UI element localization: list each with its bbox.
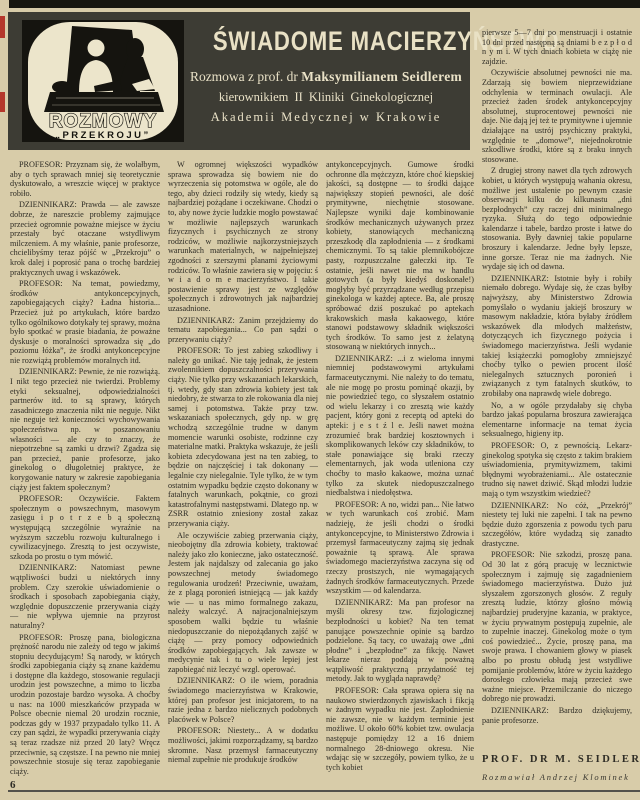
article-paragraph: DZIENNIKARZ: Zanim przejdziemy do tematu…	[168, 314, 318, 345]
interview-logo-illustration: ROZMOWY „PRZEKROJU”	[22, 20, 184, 142]
article-paragraph: PROFESOR: Oczywiście. Faktem społecznym …	[10, 492, 160, 561]
article-paragraph: PROFESOR: Przyznam się, że wolałbym, aby…	[10, 158, 160, 198]
article-paragraph: DZIENNIKARZ: ...i z wieloma innymi niemn…	[326, 352, 474, 498]
article-paragraph: PROFESOR: To jest zabieg szkodliwy i nal…	[168, 344, 318, 528]
professor-silhouette-icon	[88, 40, 105, 57]
desk-shape	[44, 92, 164, 112]
article-header: ŚWIADOME MACIERZYŃSTWO Rozmowa z prof. d…	[188, 16, 464, 125]
article-paragraph: DZIENNIKARZ: O ile wiem, poradnia świado…	[168, 674, 318, 724]
interviewer-byline: Rozmawiał Andrzej Klominek	[482, 772, 634, 782]
article-paragraph: DZIENNIKARZ: Natomiast pewne wątpliwości…	[10, 561, 160, 630]
article-paragraph: PROFESOR: Proszę pana, biologiczna prężn…	[10, 631, 160, 777]
article-paragraph: PROFESOR: A no, widzi pan... Nie łatwo w…	[326, 498, 474, 596]
rozmowy-przekroju-logo: ROZMOWY „PRZEKROJU”	[22, 20, 184, 142]
magazine-page: { "page": { "number": "6", "background_c…	[0, 0, 640, 800]
logo-word-rozmowy: ROZMOWY	[49, 111, 157, 132]
scan-mark	[0, 16, 5, 38]
article-paragraph: DZIENNIKARZ: Istotnie były i robiły niem…	[482, 272, 632, 399]
page-number: 6	[10, 779, 16, 791]
logo-word-przekroju: „PRZEKROJU”	[55, 130, 151, 141]
article-paragraph: DZIENNIKARZ: Prawda — ale zawsze dobrze,…	[10, 198, 160, 277]
article-paragraph: PROFESOR: Nie szkodzi, proszę pana. Od 3…	[482, 548, 632, 704]
article-subtitle-line3: Akademii Medycznej w Krakowie	[188, 110, 464, 125]
interviewee-name: Maksymilianem Seidlerem	[301, 69, 462, 84]
text-column-2: W ogromnej większości wypadków sprawa sp…	[168, 158, 318, 784]
text-column-3: antykoncepcyjnych. Gumowe środki ochronn…	[326, 158, 474, 784]
article-paragraph: PROFESOR: O, z pewnością. Lekarz-ginekol…	[482, 439, 632, 499]
article-subtitle-line2: kierownikiem II Kliniki Ginekologicznej	[188, 90, 464, 105]
article-paragraph: antykoncepcyjnych. Gumowe środki ochronn…	[326, 158, 474, 352]
article-paragraph: PROFESOR: Niestety... A w dodatku możliw…	[168, 724, 318, 764]
article-paragraph: PROFESOR: Cała sprawa opiera się na nauk…	[326, 684, 474, 772]
subtitle-prefix: Rozmowa z prof. dr	[190, 69, 301, 84]
article-paragraph: No, a w ogóle przydałaby się chyba bardz…	[482, 399, 632, 439]
article-title: ŚWIADOME MACIERZYŃSTWO	[213, 26, 439, 56]
article-paragraph: W ogromnej większości wypadków sprawa sp…	[168, 158, 318, 314]
bottom-rule	[8, 790, 640, 792]
article-paragraph: DZIENNIKARZ: Bardzo dziękujemy, panie pr…	[482, 704, 632, 725]
article-paragraph: DZIENNIKARZ: Ma pan profesor na myśli ok…	[326, 596, 474, 684]
article-paragraph: DZIENNIKARZ: Pewnie, że nie rozwiążą. I …	[10, 365, 160, 492]
article-paragraph: PROFESOR: Na temat, powiedzmy, środków a…	[10, 277, 160, 365]
top-rule-bar	[9, 0, 640, 8]
telephone-icon	[52, 81, 72, 93]
article-paragraph: DZIENNIKARZ: No cóż, „Przekrój” niestety…	[482, 499, 632, 549]
journalist-silhouette-icon	[126, 38, 144, 60]
interviewee-signature: PROF. DR M. SEIDLER	[482, 754, 634, 765]
scan-mark	[0, 92, 5, 112]
article-paragraph: Oczywiście absolutnej pewności nie ma. Z…	[482, 66, 632, 164]
text-column-4: pierwsze 5—7 dni po menstruacji i ostatn…	[482, 26, 632, 748]
article-paragraph: Ale oczywiście zabieg przerwania ciąży, …	[168, 529, 318, 675]
text-column-1: PROFESOR: Przyznam się, że wolałbym, aby…	[10, 158, 160, 784]
article-subtitle-line1: Rozmowa z prof. dr Maksymilianem Seidler…	[188, 69, 464, 85]
article-paragraph: Z drugiej strony nawet dla tych zdrowych…	[482, 164, 632, 272]
article-paragraph: pierwsze 5—7 dni po menstruacji i ostatn…	[482, 26, 632, 66]
masthead-block: ROZMOWY „PRZEKROJU” ŚWIADOME MACIERZYŃST…	[8, 12, 470, 150]
